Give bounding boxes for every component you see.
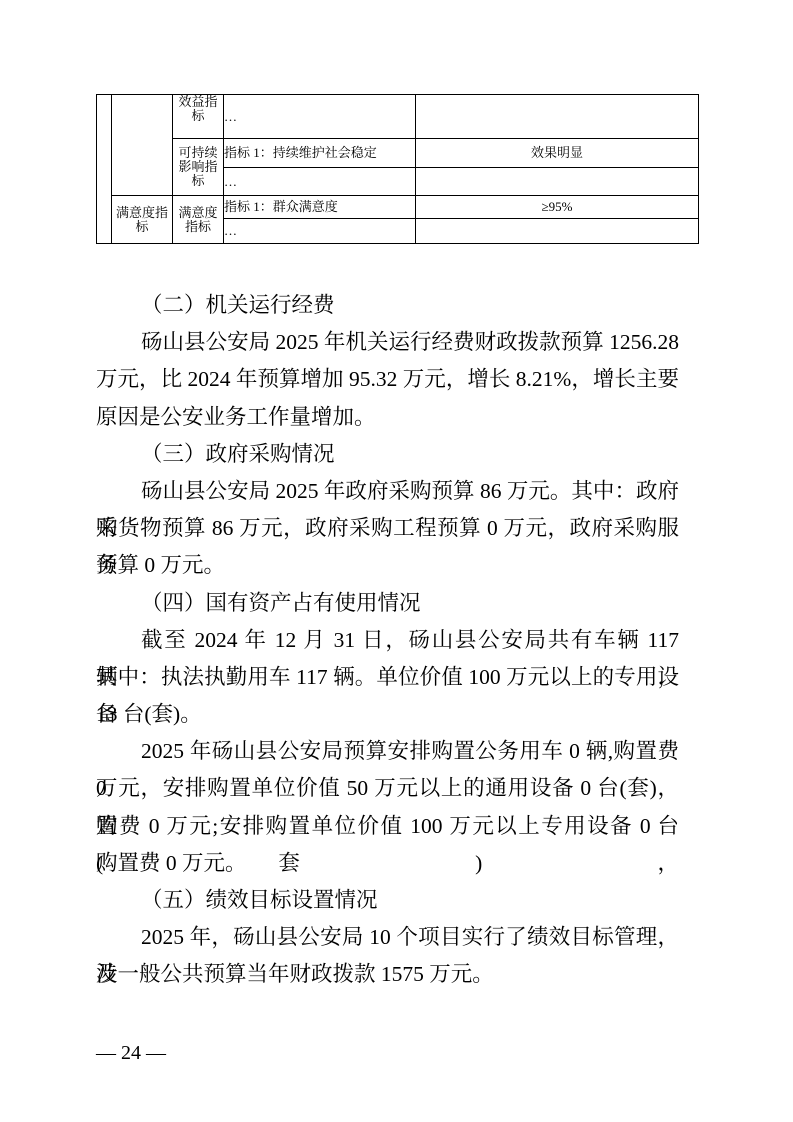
table-row: 满意度指标 满意度指标 指标 1：群众满意度 ≥95% bbox=[97, 196, 699, 219]
section-2-para-1-line-1: 砀山县公安局 2025 年机关运行经费财政拨款预算 1256.28 bbox=[96, 324, 679, 361]
table-row: 可持续影响指标 指标 1：持续维护社会稳定 效果明显 bbox=[97, 139, 699, 168]
section-4-para-2-line-3: 置费 0 万元;安排购置单位价值 100 万元以上专用设备 0 台(套)， bbox=[96, 808, 679, 845]
section-5-para-1-line-1: 2025 年，砀山县公安局 10 个项目实行了绩效目标管理，涉 bbox=[96, 919, 679, 956]
section-2-para-1-line-3: 原因是公安业务工作量增加。 bbox=[96, 399, 679, 436]
table-cell-value bbox=[416, 168, 699, 196]
table-row: 效益指标 … bbox=[97, 95, 699, 139]
section-4-para-1-line-2: 其中：执法执勤用车 117 辆。单位价值 100 万元以上的专用设备 bbox=[96, 659, 679, 696]
table-cell-benefit-label: 效益指标 bbox=[173, 95, 224, 139]
section-5-heading: （五）绩效目标设置情况 bbox=[96, 882, 679, 919]
table-cell-value: ≥95% bbox=[416, 196, 699, 219]
document-body: （二）机关运行经费 砀山县公安局 2025 年机关运行经费财政拨款预算 1256… bbox=[96, 287, 679, 994]
section-4-para-2-line-1: 2025 年砀山县公安局预算安排购置公务用车 0 辆,购置费 0 bbox=[96, 733, 679, 770]
section-3-heading: （三）政府采购情况 bbox=[96, 436, 679, 473]
table-cell-satisfaction-group-label: 满意度指标 bbox=[112, 196, 173, 244]
table-cell-indicator: 指标 1：群众满意度 bbox=[224, 196, 416, 219]
table-cell-value bbox=[416, 95, 699, 139]
table-cell-spacer bbox=[97, 95, 112, 244]
page-number: — 24 — bbox=[96, 1041, 166, 1065]
table-cell-value bbox=[416, 219, 699, 244]
indicator-table: 效益指标 … 可持续影响指标 指标 1：持续维护社会稳定 效果明显 … 满意度指… bbox=[96, 94, 699, 244]
table-cell-sustainability-label: 可持续影响指标 bbox=[173, 139, 224, 196]
section-4-para-2-line-2: 万元，安排购置单位价值 50 万元以上的通用设备 0 台(套)，购 bbox=[96, 770, 679, 807]
table-cell-indicator: … bbox=[224, 219, 416, 244]
indicator-table-wrap: 效益指标 … 可持续影响指标 指标 1：持续维护社会稳定 效果明显 … 满意度指… bbox=[96, 94, 699, 244]
table-cell-indicator: … bbox=[224, 168, 416, 196]
section-4-heading: （四）国有资产占有使用情况 bbox=[96, 585, 679, 622]
section-2-para-1-line-2: 万元，比 2024 年预算增加 95.32 万元，增长 8.21%，增长主要 bbox=[96, 361, 679, 398]
table-cell-indicator: … bbox=[224, 95, 416, 139]
section-3-para-1-line-2: 购货物预算 86 万元，政府采购工程预算 0 万元，政府采购服务 bbox=[96, 510, 679, 547]
table-cell-value: 效果明显 bbox=[416, 139, 699, 168]
table-cell-group-empty bbox=[112, 95, 173, 196]
section-2-heading: （二）机关运行经费 bbox=[96, 287, 679, 324]
table-cell-satisfaction-label: 满意度指标 bbox=[173, 196, 224, 244]
section-3-para-1-line-1: 砀山县公安局 2025 年政府采购预算 86 万元。其中：政府采 bbox=[96, 473, 679, 510]
section-4-para-1-line-3: 13 台(套)。 bbox=[96, 696, 679, 733]
section-5-para-1-line-2: 及一般公共预算当年财政拨款 1575 万元。 bbox=[96, 956, 679, 993]
section-4-para-1-line-1: 截至 2024 年 12 月 31 日，砀山县公安局共有车辆 117 辆， bbox=[96, 622, 679, 659]
document-page: 效益指标 … 可持续影响指标 指标 1：持续维护社会稳定 效果明显 … 满意度指… bbox=[0, 0, 793, 1122]
table-cell-indicator: 指标 1：持续维护社会稳定 bbox=[224, 139, 416, 168]
section-3-para-1-line-3: 预算 0 万元。 bbox=[96, 547, 679, 584]
